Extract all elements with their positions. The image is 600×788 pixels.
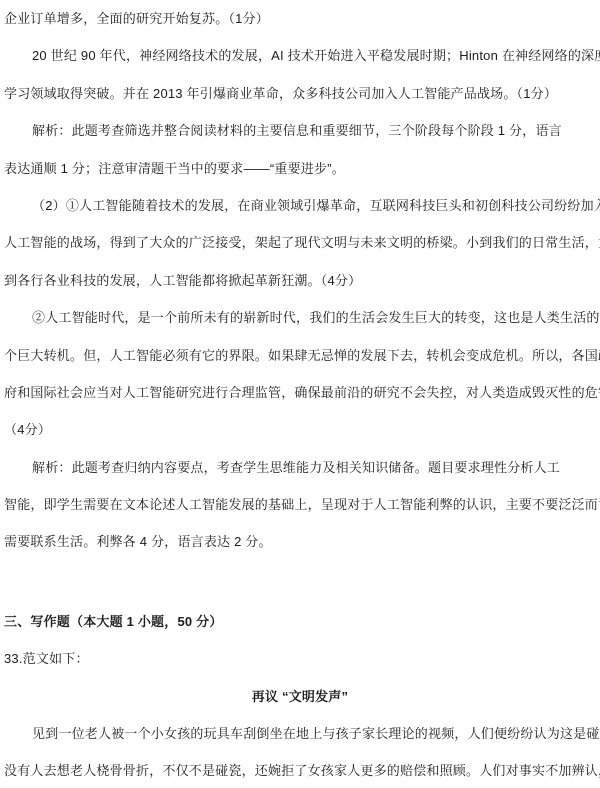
question-number-line: 33.范文如下： <box>0 640 600 677</box>
essay-body-line: 没有人去想老人桡骨骨折，不仅不是碰瓷，还婉拒了女孩家人更多的赔偿和照顾。人们对事… <box>0 752 600 788</box>
answer-line: 府和国际社会应当对人工智能研究进行合理监管，确保最前沿的研究不会失控，对人类造成… <box>0 374 600 411</box>
analysis-line: 表达通顺 1 分；注意审清题干当中的要求——“重要进步”。 <box>0 150 600 187</box>
analysis-line: 需要联系生活。利弊各 4 分，语言表达 2 分。 <box>0 523 600 560</box>
essay-title: 再议 “文明发声” <box>0 678 600 715</box>
essay-body-line: 见到一位老人被一个小女孩的玩具车刮倒坐在地上与孩子家长理论的视频，人们便纷纷认为… <box>0 715 600 752</box>
score-note: （4分） <box>0 411 600 448</box>
answer-line: 到各行各业科技的发展，人工智能都将掀起革新狂潮。（4分） <box>0 262 600 299</box>
analysis-line: 智能，即学生需要在文本论述人工智能发展的基础上，呈现对于人工智能利弊的认识，主要… <box>0 486 600 523</box>
blank-gap <box>0 561 600 603</box>
text-line: 20 世纪 90 年代，神经网络技术的发展，AI 技术开始进入平稳发展时期；Hi… <box>0 37 600 74</box>
document-page: 企业订单增多，全面的研究开始复苏。（1分） 20 世纪 90 年代，神经网络技术… <box>0 0 600 788</box>
answer-line: 个巨大转机。但，人工智能必须有它的界限。如果肆无忌惮的发展下去，转机会变成危机。… <box>0 337 600 374</box>
section-heading-writing: 三、写作题（本大题 1 小题，50 分） <box>0 603 600 640</box>
analysis-line: 解析：此题考查筛选并整合阅读材料的主要信息和重要细节，三个阶段每个阶段 1 分，… <box>0 112 600 149</box>
answer-line: 人工智能的战场，得到了大众的广泛接受，架起了现代文明与未来文明的桥梁。小到我们的… <box>0 224 600 261</box>
answer-line: ②人工智能时代，是一个前所未有的崭新时代，我们的生活会发生巨大的转变，这也是人类… <box>0 299 600 336</box>
analysis-line: 解析：此题考查归纳内容要点，考查学生思维能力及相关知识储备。题目要求理性分析人工 <box>0 449 600 486</box>
text-line: 学习领域取得突破。并在 2013 年引爆商业革命，众多科技公司加入人工智能产品战… <box>0 75 600 112</box>
answer-line: （2）①人工智能随着技术的发展，在商业领域引爆革命，互联网科技巨头和初创科技公司… <box>0 187 600 224</box>
text-line: 企业订单增多，全面的研究开始复苏。（1分） <box>0 0 600 37</box>
